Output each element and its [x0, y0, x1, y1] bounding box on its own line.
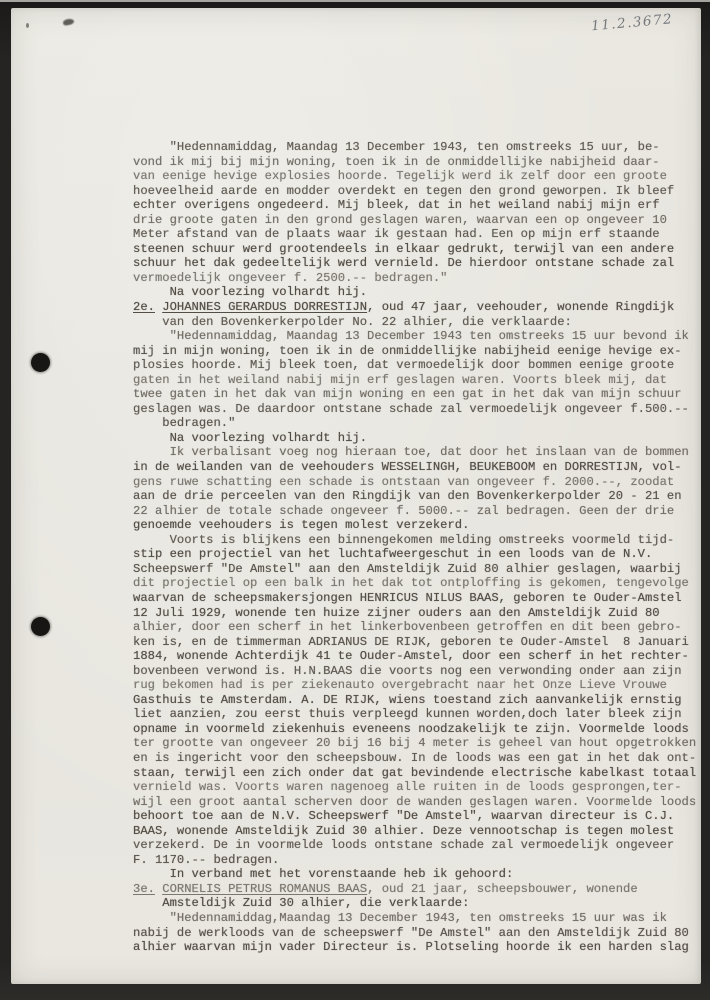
underlined-text: 2e.	[133, 300, 155, 314]
document-line: genoemde veehouders is tegen molest verz…	[133, 518, 699, 533]
document-line: 2e. JOHANNES GERARDUS DORRESTIJN, oud 47…	[133, 300, 699, 315]
document-line: liet aanzien, zou eerst thuis verpleegd …	[133, 707, 699, 722]
document-line: behoort toe aan de N.V. Scheepswerf "De …	[133, 809, 699, 824]
document-line: verzekerd. De in voormelde loods ontstan…	[133, 838, 699, 853]
ink-smudge	[62, 18, 74, 26]
document-line: F. 1170.-- bedragen.	[133, 853, 699, 868]
document-line: 12 Juli 1929, wonende ten huize zijner o…	[133, 606, 699, 621]
document-line: staan, terwijl een zich onder dat gat be…	[133, 766, 699, 781]
underlined-text: CORNELIS PETRUS ROMANUS BAAS	[162, 882, 367, 896]
document-line: alhier waarvan mijn vader Directeur is. …	[133, 940, 699, 955]
document-line: gens ruwe schatting een schade is ontsta…	[133, 475, 699, 490]
document-line: ter grootte van ongeveer 20 bij 16 bij 4…	[133, 736, 699, 751]
document-line: mij in mijn woning, toen ik in de onmidd…	[133, 344, 699, 359]
document-line: stip een projectiel van het luchtafweerg…	[133, 547, 699, 562]
document-line: waarvan de scheepsmakersjongen HENRICUS …	[133, 591, 699, 606]
document-line: dit projectiel op een balk in het dak to…	[133, 576, 699, 591]
document-line: twee gaten in het dak van mijn woning en…	[133, 387, 699, 402]
document-line: wijl een groot aantal scherven door de w…	[133, 795, 699, 810]
document-page: 11.2.3672 "Hedennamiddag, Maandag 13 Dec…	[11, 8, 701, 984]
document-line: aan de drie perceelen van den Ringdijk v…	[133, 489, 699, 504]
document-text: , oud 47 jaar, veehouder, wonende Ringdi…	[367, 300, 674, 314]
document-line: alhier, door een scherf in het linkerbov…	[133, 620, 699, 635]
document-line: drie groote gaten in den grond geslagen …	[133, 213, 699, 228]
document-line: en is ingericht voor den scheepsbouw. In…	[133, 751, 699, 766]
handwritten-reference-number: 11.2.3672	[590, 10, 691, 35]
document-line: steenen schuur werd grootendeels in elka…	[133, 242, 699, 257]
document-line: Voorts is blijkens een binnengekomen mel…	[133, 533, 699, 548]
document-line: bovenbeen verwond is. H.N.BAAS die voort…	[133, 664, 699, 679]
document-line: hoeveelheid aarde en modder overdekt en …	[133, 184, 699, 199]
hole-punch-bottom	[31, 617, 50, 636]
scan-edge-strip	[0, 0, 710, 2]
document-line: vond ik mij bij mijn woning, toen ik in …	[133, 155, 699, 170]
document-line: In verband met het vorenstaande heb ik g…	[133, 867, 699, 882]
document-line: Ik verbalisant voeg nog hieraan toe, dat…	[133, 445, 699, 460]
document-line: vernield was. Voorts waren nagenoeg alle…	[133, 780, 699, 795]
hole-punch-top	[31, 353, 50, 372]
document-line: Na voorlezing volhardt hij.	[133, 285, 699, 300]
document-line: vermoedelijk ongeveer f. 2500.-- bedrage…	[133, 271, 699, 286]
document-line: van eenige hevige explosies hoorde. Tege…	[133, 169, 699, 184]
document-line: rug bekomen had is per ziekenauto overge…	[133, 678, 699, 693]
document-line: 1884, wonende Achterdijk 41 te Ouder-Ams…	[133, 649, 699, 664]
document-line: Scheepswerf "De Amstel" aan den Amsteldi…	[133, 562, 699, 577]
document-line: ken is, en de timmerman ADRIANUS DE RIJK…	[133, 635, 699, 650]
ink-speck	[26, 23, 29, 28]
document-line: 3e. CORNELIS PETRUS ROMANUS BAAS, oud 21…	[133, 882, 699, 897]
document-line: gaten in het weiland nabij mijn erf gesl…	[133, 373, 699, 388]
document-line: Amsteldijk Zuid 30 alhier, die verklaard…	[133, 896, 699, 911]
document-line: 22 alhier de totale schade ongeveer f. 5…	[133, 504, 699, 519]
underlined-text: 3e.	[133, 882, 155, 896]
document-line: Meter afstand van de plaats waar ik gest…	[133, 227, 699, 242]
document-line: "Hedennamiddag,Maandag 13 December 1943,…	[133, 911, 699, 926]
document-text: , oud 21 jaar, scheepsbouwer, wonende	[367, 882, 638, 896]
document-line: plosies hoorde. Mij bleek toen, dat verm…	[133, 358, 699, 373]
document-line: BAAS, wonende Amsteldijk Zuid 30 alhier.…	[133, 824, 699, 839]
document-line: in de weilanden van de veehouders WESSEL…	[133, 460, 699, 475]
document-line: Gasthuis te Amsterdam. A. DE RIJK, wiens…	[133, 693, 699, 708]
document-line: "Hedennamiddag, Maandag 13 December 1943…	[133, 140, 699, 155]
document-line: echter overigens ongedeerd. Mij bleek, d…	[133, 198, 699, 213]
scan-background: 11.2.3672 "Hedennamiddag, Maandag 13 Dec…	[0, 0, 710, 1000]
underlined-text: JOHANNES GERARDUS DORRESTIJN	[162, 300, 367, 314]
document-line: "Hedennamiddag, Maandag 13 December 1943…	[133, 329, 699, 344]
document-line: schuur het dak gedeeltelijk werd verniel…	[133, 256, 699, 271]
document-line: opname in voormeld ziekenhuis eveneens n…	[133, 722, 699, 737]
document-line: Na voorlezing volhardt hij.	[133, 431, 699, 446]
document-line: nabij de werkloods van de scheepswerf "D…	[133, 926, 699, 941]
typewritten-text-block: "Hedennamiddag, Maandag 13 December 1943…	[133, 140, 699, 955]
document-line: geslagen was. De daardoor ontstane schad…	[133, 402, 699, 417]
document-line: bedragen."	[133, 416, 699, 431]
document-line: van den Bovenkerkerpolder No. 22 alhier,…	[133, 315, 699, 330]
